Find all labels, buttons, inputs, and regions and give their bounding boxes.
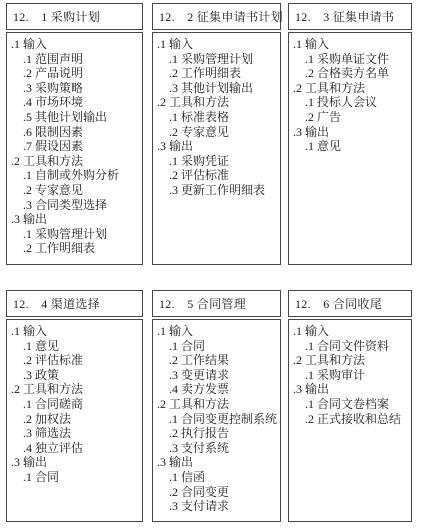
list-item: .2 正式接收和总结: [291, 412, 409, 427]
list-item: .2 合同变更: [155, 485, 278, 500]
process-box-title: 12. 4 渠道选择: [6, 290, 143, 317]
process-box-12-3: 12. 3 征集申请书.1 输入.1 采购单证文件.2 合格卖方名单.2 工具和…: [288, 3, 412, 265]
section-label: .3 输出: [291, 125, 409, 140]
list-item: .2 合格卖方名单: [291, 66, 409, 81]
list-item: .1 信函: [155, 470, 278, 485]
section-label: .2 工具和方法: [155, 397, 278, 412]
list-item: .2 专家意见: [155, 125, 278, 140]
process-box-title: 12. 5 合同管理: [152, 290, 281, 317]
process-box-title: 12. 3 征集申请书: [288, 3, 412, 30]
list-item: .3 支付请求: [155, 499, 278, 514]
process-box-body: .1 输入.1 意见.2 评估标准.3 政策.2 工具和方法.1 合同磋商.2 …: [6, 319, 143, 522]
list-item: .3 其他计划输出: [155, 81, 278, 96]
list-item: .2 专家意见: [9, 183, 140, 198]
list-item: .1 标准表格: [155, 110, 278, 125]
list-item: .3 变更请求: [155, 368, 278, 383]
list-item: .1 自制或外购分析: [9, 168, 140, 183]
section-label: .1 输入: [9, 37, 140, 52]
list-item: .3 政策: [9, 368, 140, 383]
list-item: .1 范围声明: [9, 52, 140, 67]
list-item: .1 合同: [155, 339, 278, 354]
list-item: .2 工作明细表: [155, 66, 278, 81]
section-label: .2 工具和方法: [291, 353, 409, 368]
section-label: .3 输出: [9, 212, 140, 227]
list-item: .1 意见: [291, 139, 409, 154]
process-box-title: 12. 1 采购计划: [6, 3, 143, 30]
list-item: .2 工作明细表: [9, 241, 140, 256]
list-item: .3 更新工作明细表: [155, 183, 278, 198]
list-item: .6 限制因素: [9, 125, 140, 140]
process-box-title: 12. 2 征集申请书计划: [152, 3, 281, 30]
section-label: .2 工具和方法: [9, 154, 140, 169]
section-label: .3 输出: [291, 382, 409, 397]
list-item: .5 其他计划输出: [9, 110, 140, 125]
section-label: .1 输入: [291, 324, 409, 339]
section-label: .3 输出: [155, 139, 278, 154]
list-item: .3 合同类型选择: [9, 198, 140, 213]
list-item: .1 采购凭证: [155, 154, 278, 169]
list-item: .4 卖方发票: [155, 382, 278, 397]
section-label: .1 输入: [155, 37, 278, 52]
process-box-12-4: 12. 4 渠道选择.1 输入.1 意见.2 评估标准.3 政策.2 工具和方法…: [6, 290, 143, 522]
process-box-12-6: 12. 6 合同收尾.1 输入.1 合同文件资料.2 工具和方法.1 采购审计.…: [288, 290, 412, 522]
process-box-12-5: 12. 5 合同管理.1 输入.1 合同.2 工作结果.3 变更请求.4 卖方发…: [152, 290, 281, 522]
list-item: .3 筛选法: [9, 426, 140, 441]
section-label: .3 输出: [9, 455, 140, 470]
list-item: .4 独立评估: [9, 441, 140, 456]
list-item: .1 合同文卷档案: [291, 397, 409, 412]
list-item: .7 假设因素: [9, 139, 140, 154]
list-item: .1 合同: [9, 470, 140, 485]
list-item: .1 合同磋商: [9, 397, 140, 412]
process-box-12-2: 12. 2 征集申请书计划.1 输入.1 采购管理计划.2 工作明细表.3 其他…: [152, 3, 281, 265]
list-item: .1 采购审计: [291, 368, 409, 383]
section-label: .1 输入: [9, 324, 140, 339]
list-item: .1 意见: [9, 339, 140, 354]
list-item: .2 评估标准: [155, 168, 278, 183]
section-label: .1 输入: [291, 37, 409, 52]
list-item: .2 工作结果: [155, 353, 278, 368]
section-label: .2 工具和方法: [291, 81, 409, 96]
process-diagram-page: 12. 1 采购计划.1 输入.1 范围声明.2 产品说明.3 采购策略.4 市…: [0, 0, 421, 530]
process-box-body: .1 输入.1 采购管理计划.2 工作明细表.3 其他计划输出.2 工具和方法.…: [152, 32, 281, 265]
section-label: .2 工具和方法: [9, 382, 140, 397]
list-item: .1 采购管理计划: [155, 52, 278, 67]
list-item: .1 投标人会议: [291, 95, 409, 110]
list-item: .1 合同文件资料: [291, 339, 409, 354]
list-item: .3 支付系统: [155, 441, 278, 456]
list-item: .2 执行报告: [155, 426, 278, 441]
process-box-12-1: 12. 1 采购计划.1 输入.1 范围声明.2 产品说明.3 采购策略.4 市…: [6, 3, 143, 265]
list-item: .2 评估标准: [9, 353, 140, 368]
process-box-title: 12. 6 合同收尾: [288, 290, 412, 317]
list-item: .1 采购单证文件: [291, 52, 409, 67]
list-item: .2 广告: [291, 110, 409, 125]
section-label: .3 输出: [155, 455, 278, 470]
process-box-body: .1 输入.1 合同文件资料.2 工具和方法.1 采购审计.3 输出.1 合同文…: [288, 319, 412, 522]
section-label: .2 工具和方法: [155, 95, 278, 110]
list-item: .2 加权法: [9, 412, 140, 427]
process-box-body: .1 输入.1 范围声明.2 产品说明.3 采购策略.4 市场环境.5 其他计划…: [6, 32, 143, 265]
list-item: .2 产品说明: [9, 66, 140, 81]
process-box-body: .1 输入.1 合同.2 工作结果.3 变更请求.4 卖方发票.2 工具和方法.…: [152, 319, 281, 522]
list-item: .1 合同变更控制系统: [155, 412, 278, 427]
section-label: .1 输入: [155, 324, 278, 339]
list-item: .4 市场环境: [9, 95, 140, 110]
list-item: .3 采购策略: [9, 81, 140, 96]
list-item: .1 采购管理计划: [9, 227, 140, 242]
process-box-body: .1 输入.1 采购单证文件.2 合格卖方名单.2 工具和方法.1 投标人会议.…: [288, 32, 412, 265]
